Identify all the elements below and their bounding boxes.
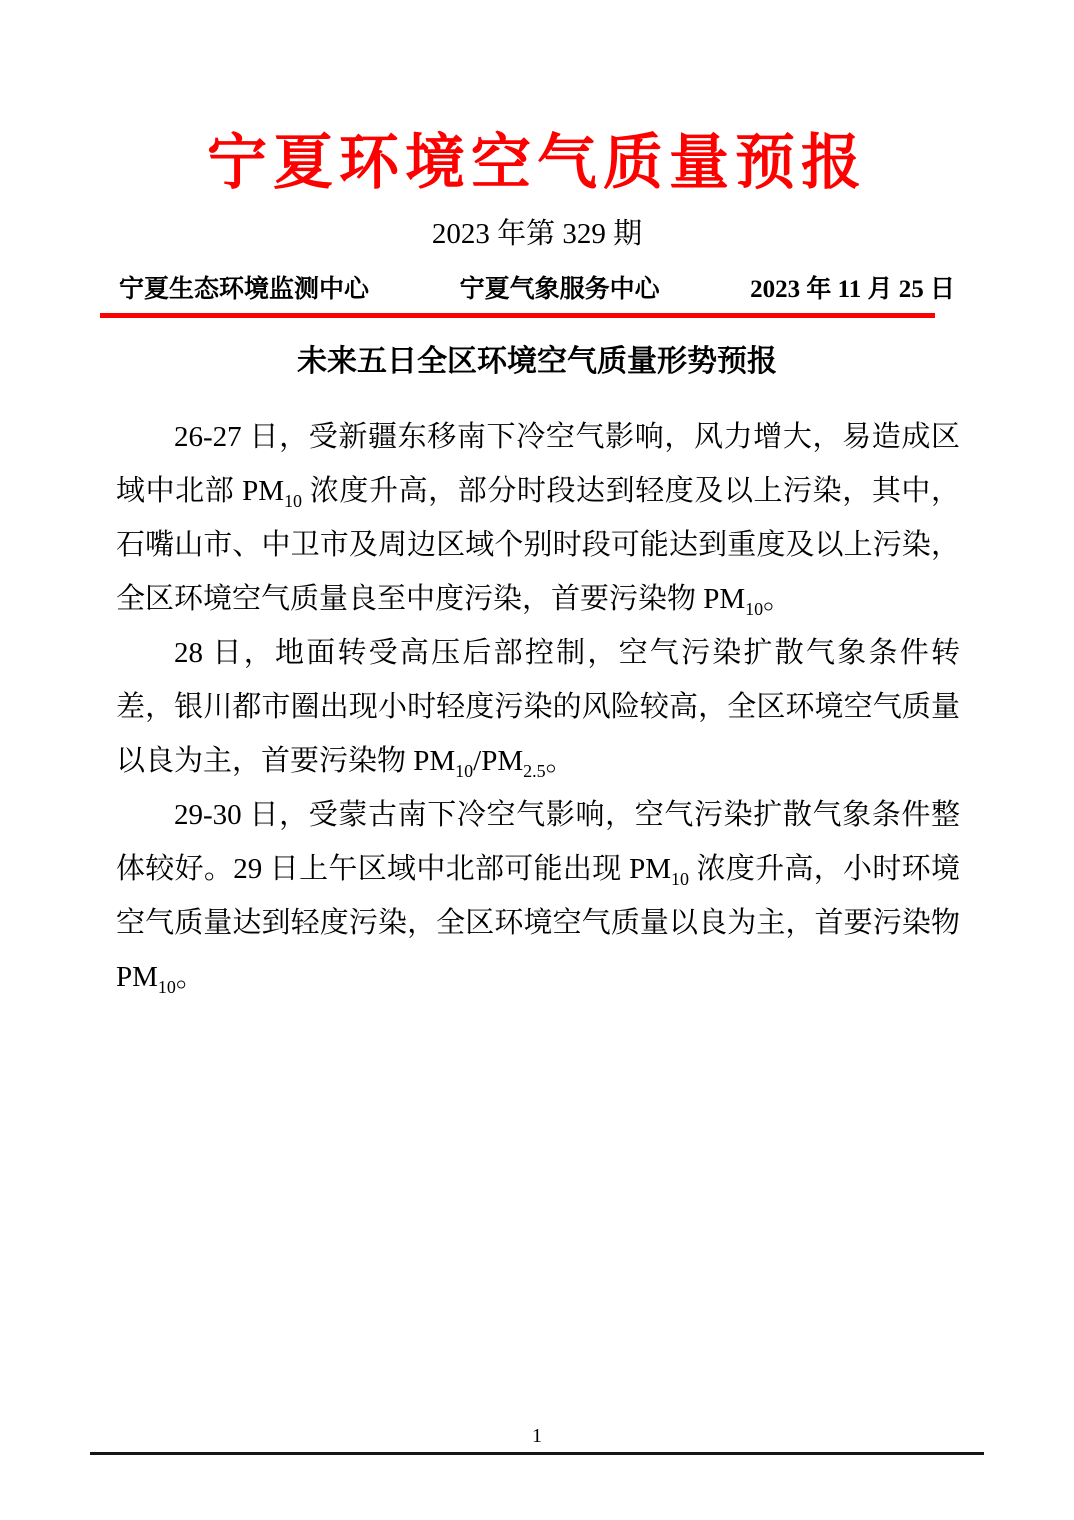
forecast-paragraph-26-27: 26-27 日，受新疆东移南下冷空气影响，风力增大，易造成区域中北部 PM10 … xyxy=(116,410,960,626)
issue-number: 2023 年第 329 期 xyxy=(0,216,1074,252)
page-number: 1 xyxy=(0,1422,1074,1450)
forecast-paragraph-28: 28 日，地面转受高压后部控制，空气污染扩散气象条件转差，银川都市圈出现小时轻度… xyxy=(116,626,960,788)
org-name-monitoring-center: 宁夏生态环境监测中心 xyxy=(119,274,369,306)
document-page: 宁夏环境空气质量预报 2023 年第 329 期 宁夏生态环境监测中心 宁夏气象… xyxy=(0,0,1074,1004)
forecast-paragraph-29-30: 29-30 日，受蒙古南下冷空气影响，空气污染扩散气象条件整体较好。29 日上午… xyxy=(116,788,960,1004)
header-org-row: 宁夏生态环境监测中心 宁夏气象服务中心 2023 年 11 月 25 日 xyxy=(0,274,1074,306)
section-heading: 未来五日全区环境空气质量形势预报 xyxy=(0,344,1074,380)
header-red-rule xyxy=(100,313,935,318)
org-name-weather-service-center: 宁夏气象服务中心 xyxy=(460,274,660,306)
forecast-body: 26-27 日，受新疆东移南下冷空气影响，风力增大，易造成区域中北部 PM10 … xyxy=(116,410,960,1004)
footer-rule xyxy=(90,1452,984,1455)
issue-date: 2023 年 11 月 25 日 xyxy=(750,274,955,306)
page-title: 宁夏环境空气质量预报 xyxy=(0,124,1074,202)
